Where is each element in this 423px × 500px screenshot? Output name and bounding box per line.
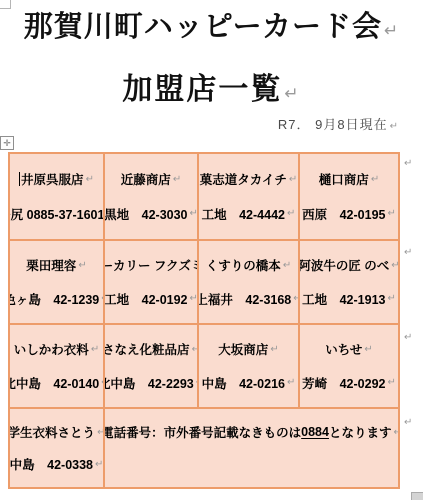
paragraph-mark: ↵ [190,293,198,304]
table-resize-handle[interactable] [411,492,423,500]
store-phone: 工地 42-4442 [202,205,285,223]
document-subtitle: 加盟店一覧↵ [0,64,423,108]
store-name-line: いしかわ衣料↵ [14,340,99,358]
store-name-line: ベーカリー フクズミ↵ [105,256,197,274]
store-name: いちせ [325,340,362,358]
store-cell[interactable]: 学生衣料さとう↵ 中島 42-0338↵ [10,409,103,487]
store-name-line: 栗田理容↵ [26,256,86,274]
store-phone-line: 北中島 42-0140↵ [10,374,103,392]
store-phone-line: 島尻 0885-37-1601↵ [10,205,103,223]
store-cell[interactable]: 近藤商店↵ 黒地 42-3030↵ [105,154,197,239]
phone-note-area-code: 0884 [301,425,329,439]
store-phone: 工地 42-0192 [105,290,188,308]
store-phone: 中島 42-0216 [202,374,285,392]
paragraph-mark: ↵ [192,344,197,355]
store-cell[interactable]: 井原呉服店↵ 島尻 0885-37-1601↵ [10,154,103,239]
store-cell[interactable]: さなえ化粧品店↵ 北中島 42-2293↵ [105,325,197,407]
paragraph-mark: ↵ [196,377,197,388]
store-name-line: 近藤商店↵ [121,170,181,188]
paragraph-mark: ↵ [95,459,103,470]
paragraph-mark: ↵ [293,293,298,304]
paragraph-mark: ↵ [173,174,181,185]
store-cell[interactable]: ベーカリー フクズミ↵ 工地 42-0192↵ [105,241,197,323]
store-phone: 島尻 0885-37-1601 [10,205,103,223]
paragraph-mark: ↵ [289,174,297,185]
paragraph-mark: ↵ [384,21,399,41]
store-phone-line: 中島 42-0216↵ [202,374,296,392]
paragraph-mark: ↵ [387,377,395,388]
store-phone: 色ヶ島 42-1239 [10,290,99,308]
store-name: 栗田理容 [26,256,76,274]
store-phone-line: 工地 42-4442↵ [202,205,296,223]
store-cell[interactable]: いしかわ衣料↵ 北中島 42-0140↵ [10,325,103,407]
store-name-line: 井原呉服店↵ [19,170,94,188]
store-name: 学生衣料さとう [10,423,95,441]
store-name: 樋口商店 [319,170,369,188]
store-name: 菓志道タカイチ [200,170,287,188]
store-name-line: 大坂商店↵ [218,340,278,358]
document-title: 那賀川町ハッピーカード会↵ [0,4,423,45]
store-name-line: 樋口商店↵ [319,170,379,188]
paragraph-mark: ↵ [387,208,395,219]
store-phone-line: 芳崎 42-0292↵ [302,374,396,392]
phone-note-line: 電話番号：市外番号記載なきものは 0884 となります↵ [105,423,398,441]
store-name: ベーカリー フクズミ [105,256,197,274]
move-cross-glyph: ✛ [3,139,11,148]
store-phone-line: 黒地 42-3030↵ [105,205,197,223]
date-note-text: R7． 9月8日現在 [278,117,388,132]
row-end-mark: ↵ [404,158,412,169]
store-name: 大坂商店 [218,340,268,358]
paragraph-mark: ↵ [97,427,103,438]
store-phone-line: 西原 42-0195↵ [302,205,396,223]
paragraph-mark: ↵ [101,377,103,388]
paragraph-mark: ↵ [393,427,398,438]
store-phone-line: 工地 42-0192↵ [105,290,197,308]
date-note: R7． 9月8日現在↵ [278,114,399,133]
store-name-line: さなえ化粧品店↵ [105,340,197,358]
paragraph-mark: ↵ [371,174,379,185]
paragraph-mark: ↵ [287,377,295,388]
store-name: くすりの橋本 [206,256,281,274]
paragraph-mark: ↵ [283,260,291,271]
row-end-mark: ↵ [404,332,412,343]
store-cell[interactable]: 栗田理容↵ 色ヶ島 42-1239↵ [10,241,103,323]
paragraph-mark: ↵ [270,344,278,355]
store-phone: 上福井 42-3168 [199,290,291,308]
store-phone: 北中島 42-0140 [10,374,99,392]
store-cell[interactable]: いちせ↵ 芳崎 42-0292↵ [300,325,398,407]
store-phone: 工地 42-1913 [302,290,385,308]
store-name-line: 阿波牛の匠 のべ↵ [300,256,398,274]
store-cell[interactable]: 菓志道タカイチ↵ 工地 42-4442↵ [199,154,298,239]
store-name: 井原呉服店 [21,170,84,188]
paragraph-mark: ↵ [387,293,395,304]
phone-note-cell: 電話番号：市外番号記載なきものは 0884 となります↵ [105,409,398,487]
store-phone: 西原 42-0195 [302,205,385,223]
store-phone: 北中島 42-2293 [105,374,194,392]
row-end-mark: ↵ [404,417,412,428]
store-cell[interactable]: 樋口商店↵ 西原 42-0195↵ [300,154,398,239]
paragraph-mark: ↵ [364,344,372,355]
document-title-text: 那賀川町ハッピーカード会 [24,11,382,43]
store-name-line: 学生衣料さとう↵ [10,423,103,441]
paragraph-mark: ↵ [78,260,86,271]
paragraph-mark: ↵ [86,174,94,185]
store-cell[interactable]: 阿波牛の匠 のべ↵ 工地 42-1913↵ [300,241,398,323]
paragraph-mark: ↵ [190,208,198,219]
store-phone-line: 色ヶ島 42-1239↵ [10,290,103,308]
store-phone: 黒地 42-3030 [105,205,188,223]
paragraph-mark: ↵ [101,293,103,304]
store-name: 近藤商店 [121,170,171,188]
store-name-line: いちせ↵ [325,340,373,358]
store-phone-line: 上福井 42-3168↵ [199,290,298,308]
store-name: さなえ化粧品店 [105,340,190,358]
document-subtitle-text: 加盟店一覧 [122,73,282,106]
row-end-mark: ↵ [404,247,412,258]
phone-note-suffix: となります [329,423,392,441]
phone-note-prefix: 電話番号：市外番号記載なきものは [105,423,301,441]
store-phone-line: 工地 42-1913↵ [302,290,396,308]
store-phone: 中島 42-0338 [10,455,93,473]
store-name-line: 菓志道タカイチ↵ [200,170,298,188]
store-cell[interactable]: 大坂商店↵ 中島 42-0216↵ [199,325,298,407]
store-phone: 芳崎 42-0292 [302,374,385,392]
member-store-table[interactable]: 井原呉服店↵ 島尻 0885-37-1601↵ 近藤商店↵ 黒地 42-3030… [8,152,400,489]
paragraph-mark: ↵ [391,260,398,271]
paragraph-mark: ↵ [91,344,99,355]
paragraph-mark: ↵ [390,121,399,132]
store-cell[interactable]: くすりの橋本↵ 上福井 42-3168↵ [199,241,298,323]
store-name: いしかわ衣料 [14,340,89,358]
paragraph-mark: ↵ [284,84,300,104]
paragraph-mark: ↵ [287,208,295,219]
store-name: 阿波牛の匠 のべ [300,256,389,274]
text-cursor [19,172,20,186]
store-name-line: くすりの橋本↵ [206,256,291,274]
store-phone-line: 北中島 42-2293↵ [105,374,197,392]
table-move-handle-icon[interactable]: ✛ [0,136,14,150]
store-phone-line: 中島 42-0338↵ [10,455,103,473]
